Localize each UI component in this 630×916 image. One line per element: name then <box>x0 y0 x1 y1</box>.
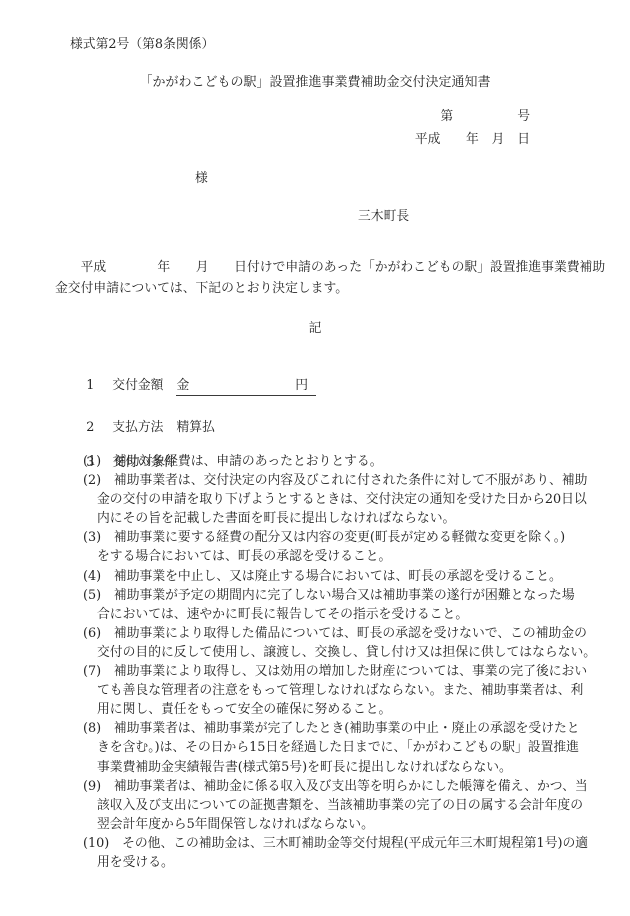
sender-title: 三木町長 <box>358 207 409 226</box>
document-page: 様式第2号（第8条関係） 「かがわこどもの駅」設置推進事業費補助金交付決定通知書… <box>0 0 630 916</box>
conditions-list: (1) 補助対象経費は、申請のあったとおりとする。 (2) 補助事業者は、交付決… <box>97 452 596 872</box>
addressee-suffix: 様 <box>195 169 208 188</box>
record-marker: 記 <box>0 319 630 338</box>
document-title: 「かがわこどもの駅」設置推進事業費補助金交付決定通知書 <box>0 73 630 92</box>
form-number: 様式第2号（第8条関係） <box>70 35 214 54</box>
grant-amount-number: 1 <box>86 376 112 395</box>
condition-item-1: (1) 補助対象経費は、申請のあったとおりとする。 <box>97 452 596 471</box>
payment-method-label: 支払方法 <box>112 420 163 435</box>
condition-item-9: (9) 補助事業者は、補助金に係る収入及び支出等を明らかにした帳簿を備え、かつ、… <box>97 777 596 834</box>
condition-item-3: (3) 補助事業に要する経費の配分又は内容の変更(町長が定める軽微な変更を除く。… <box>97 528 596 566</box>
condition-item-7: (7) 補助事業により取得し、又は効用の増加した財産については、事業の完了後にお… <box>97 662 596 719</box>
condition-item-8: (8) 補助事業者は、補助事業が完了したとき(補助事業の中止・廃止の承認を受けた… <box>97 719 596 776</box>
condition-item-10: (10) その他、この補助金は、三木町補助金等交付規程(平成元年三木町規程第1号… <box>97 834 596 872</box>
amount-fill-line: 金円 <box>176 376 316 396</box>
grant-amount-label: 交付金額 <box>112 378 163 393</box>
intro-paragraph: 平成 年 月 日付けで申請のあった「かがわこどもの駅」設置推進事業費補助 金交付… <box>55 257 605 299</box>
condition-item-6: (6) 補助事業により取得した備品については、町長の承認を受けないで、この補助金… <box>97 624 596 662</box>
condition-item-4: (4) 補助事業を中止し、又は廃止する場合においては、町長の承認を受けること。 <box>97 567 596 586</box>
amount-prefix: 金 <box>176 378 189 393</box>
condition-item-5: (5) 補助事業が予定の期間内に完了しない場合又は補助事業の遂行が困難となった場… <box>97 586 596 624</box>
payment-method-value: 精算払 <box>176 420 214 435</box>
amount-suffix: 円 <box>295 378 308 393</box>
issue-date-line: 平成 年 月 日 <box>415 130 530 149</box>
document-number-line: 第 号 <box>440 107 530 126</box>
condition-item-2: (2) 補助事業者は、交付決定の内容及びこれに付された条件に対して不服があり、補… <box>97 471 596 528</box>
